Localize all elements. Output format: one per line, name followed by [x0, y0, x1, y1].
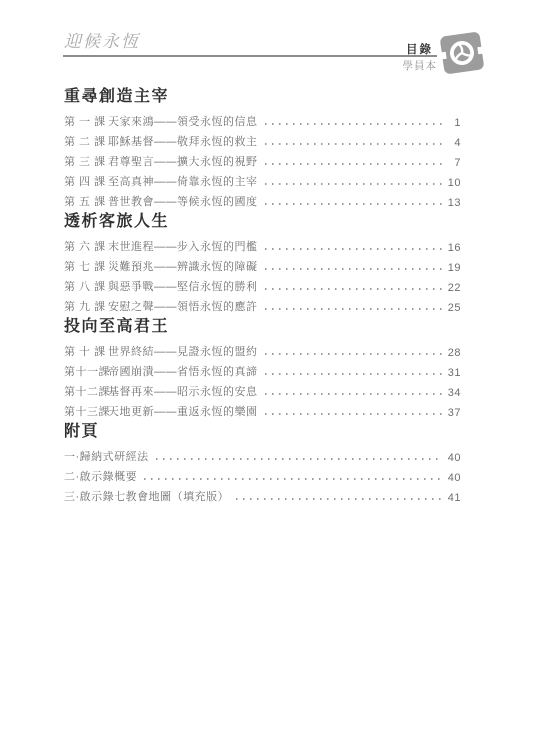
page-title: 目錄	[406, 41, 433, 57]
dots-leader	[265, 268, 443, 270]
page-number: 41	[447, 492, 461, 504]
page-number: 4	[447, 137, 461, 149]
dots-leader	[156, 458, 442, 460]
page-number: 40	[447, 452, 461, 464]
lesson-title: 二·啟示錄概要	[64, 468, 137, 484]
page-number: 40	[447, 472, 461, 484]
lesson-title: 天地更新——重返永恆的樂園	[108, 403, 258, 419]
toc-section: 透析客旅人生 第 六 課 末世進程——步入永恆的門檻 16 第 七 課 災難預兆…	[64, 212, 461, 314]
toc-row: 第 四 課 至高真神——倚靠永恆的主宰 10	[64, 169, 461, 189]
lesson-number: 第 二 課	[64, 133, 108, 149]
lesson-number: 第十一課	[64, 363, 108, 379]
lesson-title: 帝國崩潰——省悟永恆的真諦	[108, 363, 258, 379]
lesson-number: 第 七 課	[64, 258, 108, 274]
toc-row: 第十二課 基督再來——昭示永恆的安息 34	[64, 379, 461, 399]
toc-row: 第 一 課 天家來鴻——領受永恆的信息 1	[64, 109, 461, 129]
dots-leader	[265, 183, 443, 185]
section-heading: 重尋創造主宰	[64, 87, 461, 107]
lesson-title: 耶穌基督——敬拜永恆的救主	[108, 133, 258, 149]
dots-leader	[265, 353, 443, 355]
section-heading: 透析客旅人生	[64, 212, 461, 232]
toc-row: 第 三 課 君尊聖言——擴大永恆的視野 7	[64, 149, 461, 169]
toc-row: 一·歸納式研經法 40	[64, 444, 461, 464]
dots-leader	[265, 393, 443, 395]
toc-row: 第 十 課 世界終結——見證永恆的盟約 28	[64, 339, 461, 359]
page-number: 7	[447, 157, 461, 169]
section-heading: 投向至高君王	[64, 317, 461, 337]
lesson-title: 末世進程——步入永恆的門檻	[108, 238, 258, 254]
dots-leader	[236, 498, 442, 500]
toc-row: 第 六 課 末世進程——步入永恆的門檻 16	[64, 234, 461, 254]
toc-section: 附頁 一·歸納式研經法 40 二·啟示錄概要 40 三·啟示錄七教會地圖（填充版…	[64, 422, 461, 504]
toc-section: 投向至高君王 第 十 課 世界終結——見證永恆的盟約 28 第十一課 帝國崩潰—…	[64, 317, 461, 419]
book-logo-text: 迎候永恆	[64, 27, 140, 52]
toc-row: 第 七 課 災難預兆——辨識永恆的障礙 19	[64, 254, 461, 274]
lesson-title: 普世教會——等候永恆的國度	[108, 193, 258, 209]
page-number: 31	[447, 367, 461, 379]
lesson-number: 第 八 課	[64, 278, 108, 294]
toc-row: 第 八 課 與惡爭戰——堅信永恆的勝利 22	[64, 274, 461, 294]
page-number: 25	[447, 302, 461, 314]
toc: 重尋創造主宰 第 一 課 天家來鴻——領受永恆的信息 1 第 二 課 耶穌基督—…	[64, 75, 461, 504]
lesson-title: 君尊聖言——擴大永恆的視野	[108, 153, 258, 169]
lesson-title: 三·啟示錄七教會地圖（填充版）	[64, 488, 229, 504]
toc-row: 第 五 課 普世教會——等候永恆的國度 13	[64, 189, 461, 209]
toc-row: 第 二 課 耶穌基督——敬拜永恆的救主 4	[64, 129, 461, 149]
lesson-title: 至高真神——倚靠永恆的主宰	[108, 173, 258, 189]
dots-leader	[265, 248, 443, 250]
toc-section: 重尋創造主宰 第 一 課 天家來鴻——領受永恆的信息 1 第 二 課 耶穌基督—…	[64, 87, 461, 209]
publisher-emblem-icon	[438, 31, 486, 75]
toc-row: 第十三課 天地更新——重返永恆的樂園 37	[64, 399, 461, 419]
lesson-title: 安慰之聲——領悟永恆的應許	[108, 298, 258, 314]
lesson-title: 基督再來——昭示永恆的安息	[108, 383, 258, 399]
lesson-number: 第十二課	[64, 383, 108, 399]
lesson-number: 第 四 課	[64, 173, 108, 189]
dots-leader	[265, 288, 443, 290]
toc-row: 第十一課 帝國崩潰——省悟永恆的真諦 31	[64, 359, 461, 379]
lesson-title: 一·歸納式研經法	[64, 448, 149, 464]
dots-leader	[265, 373, 443, 375]
section-rows: 第 六 課 末世進程——步入永恆的門檻 16 第 七 課 災難預兆——辨識永恆的…	[64, 234, 461, 314]
page-number: 22	[447, 282, 461, 294]
dots-leader	[265, 123, 443, 125]
lesson-number: 第 九 課	[64, 298, 108, 314]
header-rule	[63, 55, 437, 57]
lesson-number: 第 五 課	[64, 193, 108, 209]
dots-leader	[265, 143, 443, 145]
lesson-number: 第 十 課	[64, 343, 108, 359]
section-rows: 第 十 課 世界終結——見證永恆的盟約 28 第十一課 帝國崩潰——省悟永恆的真…	[64, 339, 461, 419]
page-header: 迎候永恆 目錄 學員本	[0, 0, 533, 80]
dots-leader	[144, 478, 442, 480]
edition-label: 學員本	[403, 58, 438, 73]
lesson-title: 世界終結——見證永恆的盟約	[108, 343, 258, 359]
lesson-number: 第 一 課	[64, 113, 108, 129]
page-number: 13	[447, 197, 461, 209]
page-number: 34	[447, 387, 461, 399]
section-rows: 第 一 課 天家來鴻——領受永恆的信息 1 第 二 課 耶穌基督——敬拜永恆的救…	[64, 109, 461, 209]
page-number: 1	[447, 117, 461, 129]
page-number: 37	[447, 407, 461, 419]
section-rows: 一·歸納式研經法 40 二·啟示錄概要 40 三·啟示錄七教會地圖（填充版） 4…	[64, 444, 461, 504]
page-number: 28	[447, 347, 461, 359]
toc-row: 二·啟示錄概要 40	[64, 464, 461, 484]
page-number: 16	[447, 242, 461, 254]
dots-leader	[265, 163, 443, 165]
lesson-title: 與惡爭戰——堅信永恆的勝利	[108, 278, 258, 294]
dots-leader	[265, 203, 443, 205]
lesson-number: 第 三 課	[64, 153, 108, 169]
page-number: 10	[447, 177, 461, 189]
toc-row: 第 九 課 安慰之聲——領悟永恆的應許 25	[64, 294, 461, 314]
lesson-title: 天家來鴻——領受永恆的信息	[108, 113, 258, 129]
lesson-title: 災難預兆——辨識永恆的障礙	[108, 258, 258, 274]
section-heading: 附頁	[64, 422, 461, 442]
toc-row: 三·啟示錄七教會地圖（填充版） 41	[64, 484, 461, 504]
lesson-number: 第十三課	[64, 403, 108, 419]
dots-leader	[265, 413, 443, 415]
dots-leader	[265, 308, 443, 310]
page-number: 19	[447, 262, 461, 274]
lesson-number: 第 六 課	[64, 238, 108, 254]
